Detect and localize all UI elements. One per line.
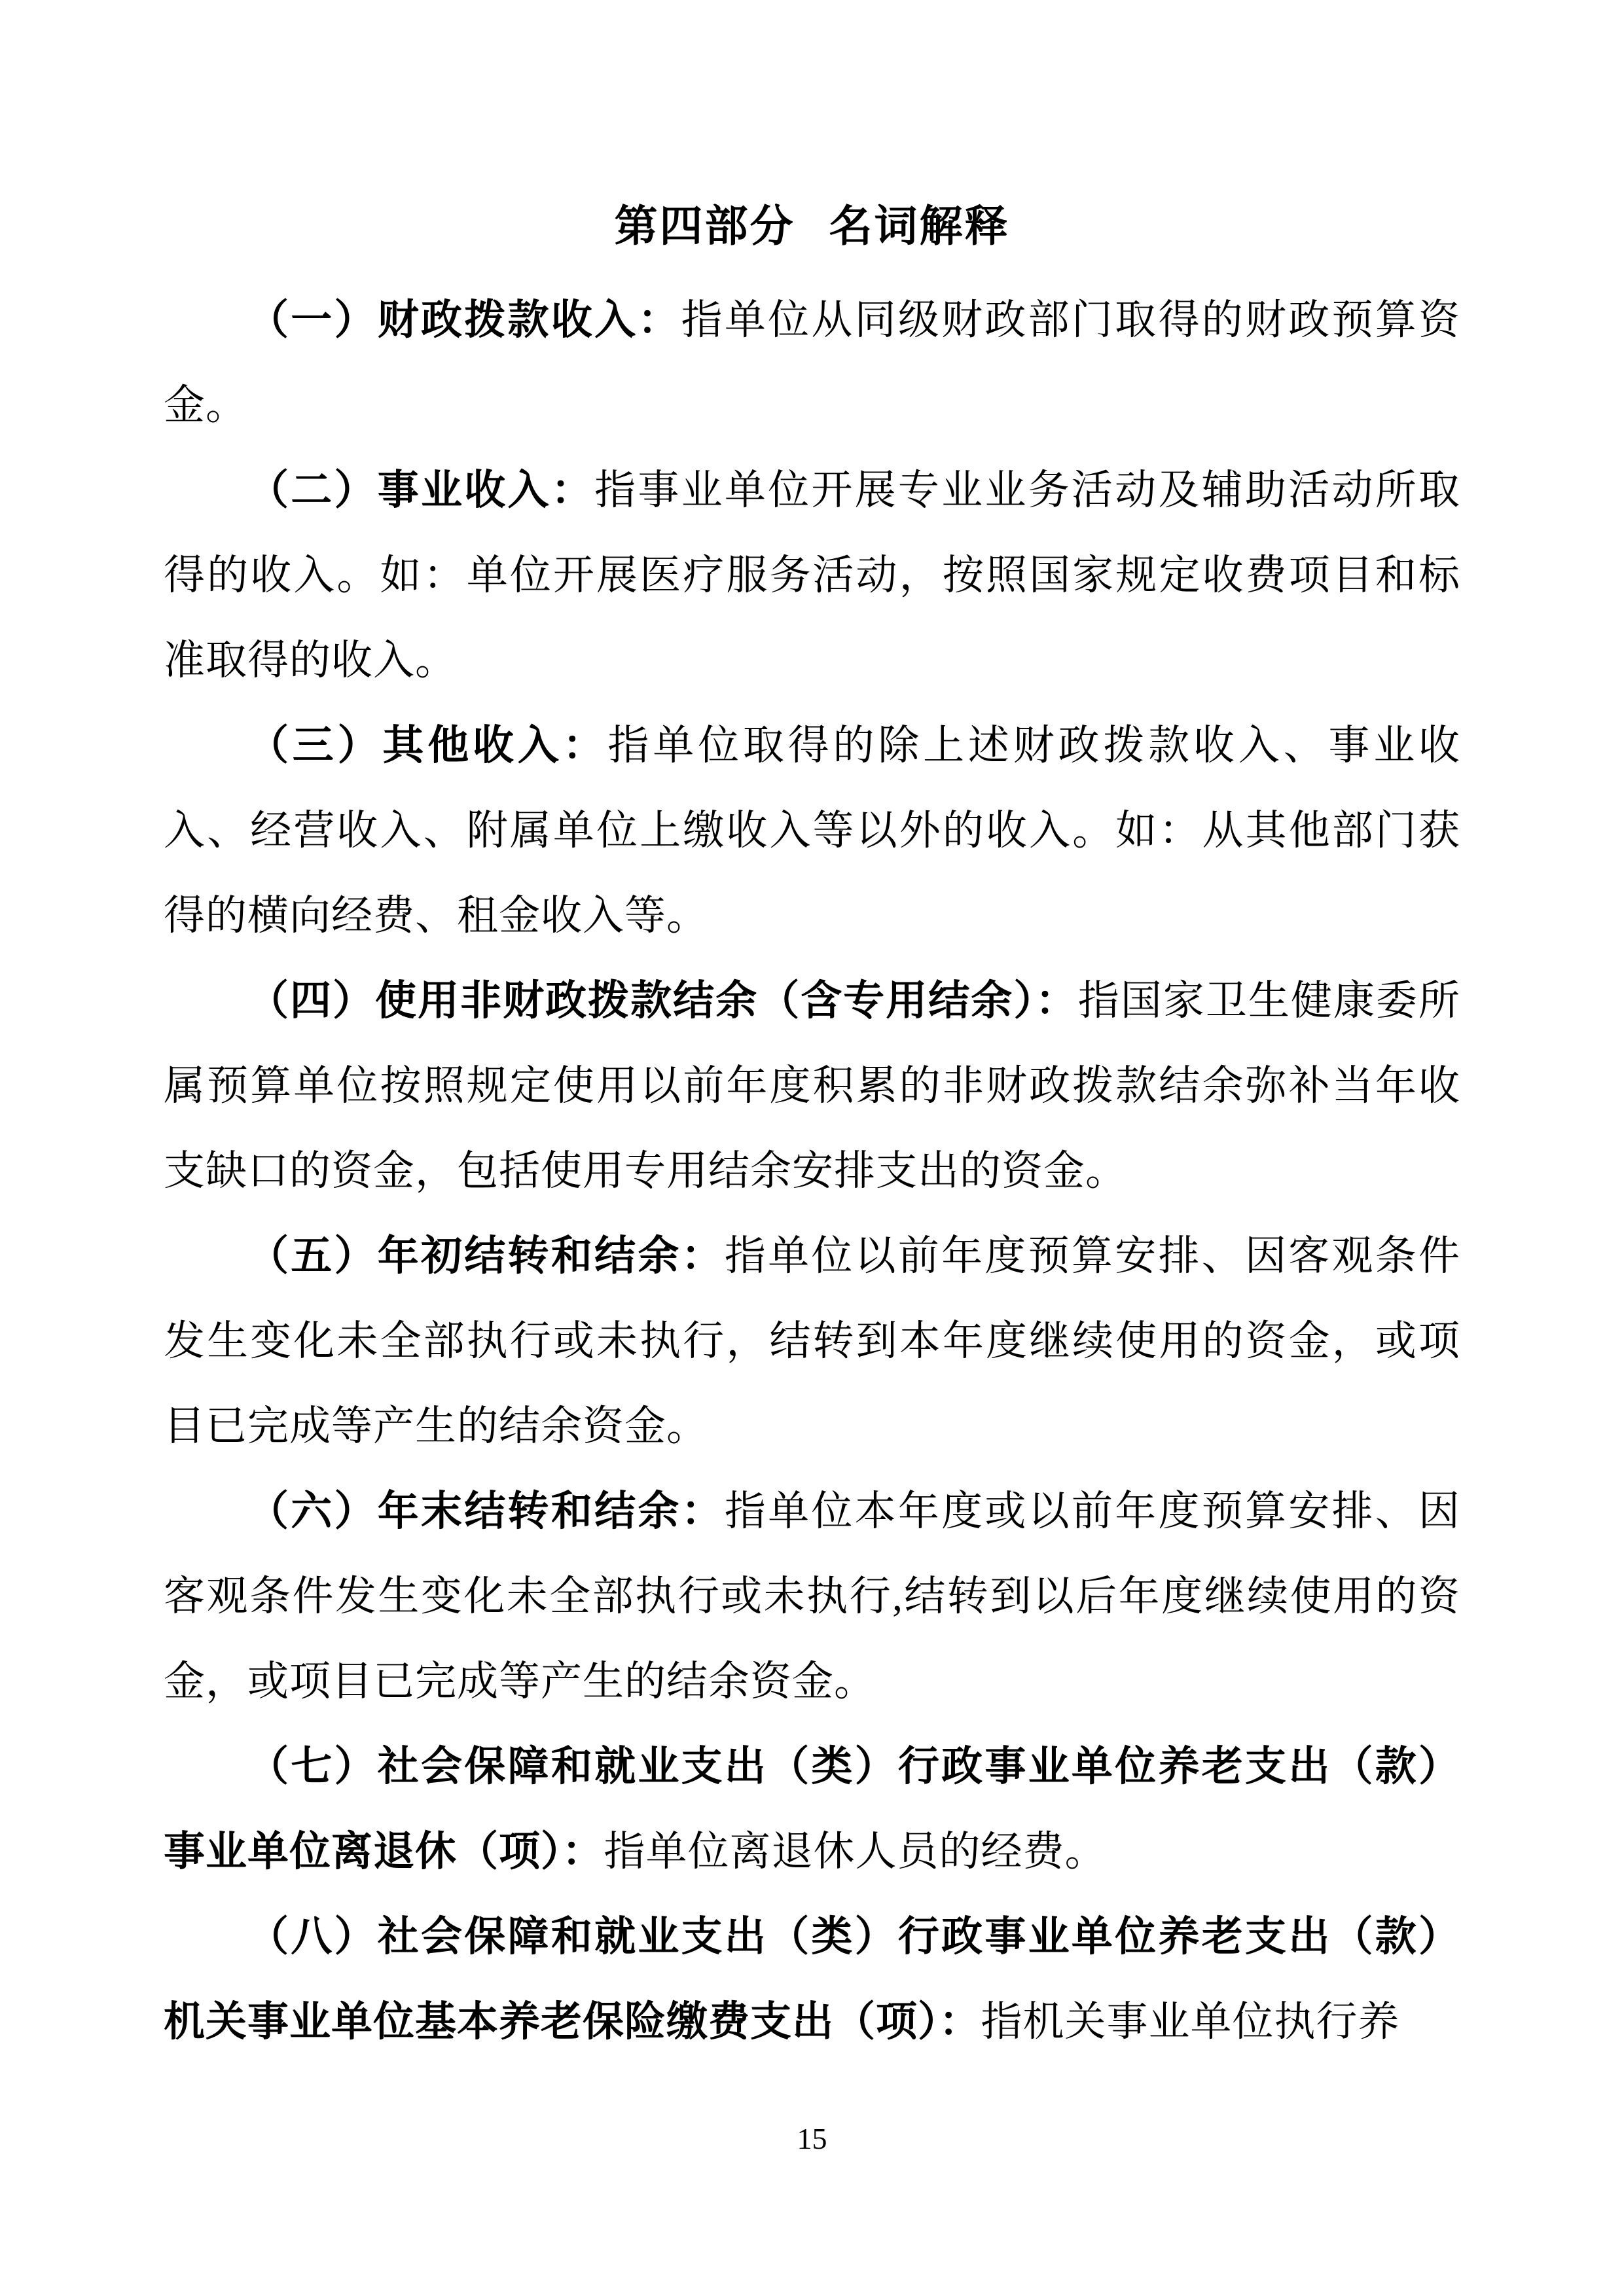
term-definition: 指机关事业单位执行养: [981, 1999, 1400, 2045]
definition-paragraph: （五）年初结转和结余：指单位以前年度预算安排、因客观条件发生变化未全部执行或未执…: [164, 1213, 1460, 1469]
term-label: （四）使用非财政拨款结余（含专用结余）：: [247, 978, 1078, 1024]
term-label: （六）年末结转和结余：: [247, 1488, 725, 1534]
term-label: （五）年初结转和结余：: [247, 1233, 725, 1279]
document-page: 第四部分 名词解释 （一）财政拨款收入：指单位从同级财政部门取得的财政预算资金。…: [0, 0, 1624, 2296]
definition-paragraph: （三）其他收入：指单位取得的除上述财政拨款收入、事业收入、经营收入、附属单位上缴…: [164, 703, 1460, 958]
definition-paragraph: （四）使用非财政拨款结余（含专用结余）：指国家卫生健康委所属预算单位按照规定使用…: [164, 958, 1460, 1213]
definition-paragraph: （八）社会保障和就业支出（类）行政事业单位养老支出（款）机关事业单位基本养老保险…: [164, 1894, 1460, 2064]
definition-paragraph: （二）事业收入：指事业单位开展专业业务活动及辅助活动所取得的收入。如：单位开展医…: [164, 448, 1460, 703]
term-label: （三）其他收入：: [247, 723, 607, 768]
page-title: 第四部分 名词解释: [0, 194, 1624, 259]
term-definition: 指单位离退休人员的经费。: [604, 1829, 1107, 1874]
definition-paragraph: （一）财政拨款收入：指单位从同级财政部门取得的财政预算资金。: [164, 278, 1460, 448]
body-paragraphs: （一）财政拨款收入：指单位从同级财政部门取得的财政预算资金。（二）事业收入：指事…: [164, 278, 1460, 2064]
term-label: （二）事业收入：: [247, 467, 594, 513]
term-label: （一）财政拨款收入：: [247, 297, 681, 343]
page-number: 15: [0, 2119, 1624, 2159]
definition-paragraph: （六）年末结转和结余：指单位本年度或以前年度预算安排、因客观条件发生变化未全部执…: [164, 1469, 1460, 1724]
definition-paragraph: （七）社会保障和就业支出（类）行政事业单位养老支出（款）事业单位离退休（项）：指…: [164, 1724, 1460, 1894]
